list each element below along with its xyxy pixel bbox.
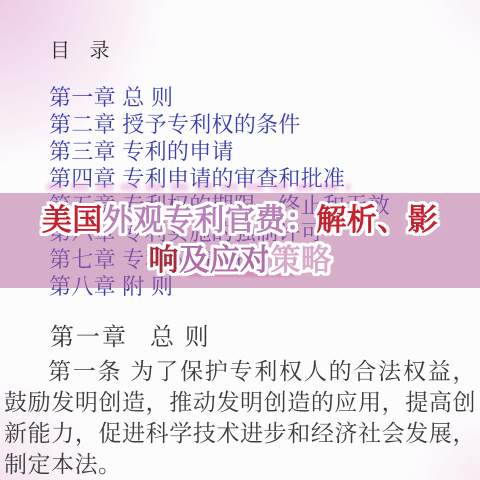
toc-item-chapter-3[interactable]: 第三章 专利的申请 <box>49 138 449 165</box>
section-heading: 第一章总 则 <box>50 317 211 352</box>
section-chapter-number: 第一章 <box>50 324 128 351</box>
title-segment: 外观专利官费： <box>103 204 317 237</box>
title-segment: 美国 <box>42 204 103 237</box>
section-chapter-title: 总 则 <box>150 324 211 351</box>
toc-heading: 目 录 <box>50 34 117 63</box>
overlay-title-line1: 美国外观专利官费：解析、影 <box>0 201 480 241</box>
article-1-paragraph: 第一条 为了保护专利权人的合法权益，鼓励发明创造，推动发明创造的应用，提高创新能… <box>4 356 476 480</box>
title-segment: 解析、影 <box>316 204 438 237</box>
document-page: 目 录 第一章 总 则 第二章 授予专利权的条件 第三章 专利的申请 第四章 专… <box>0 0 480 480</box>
overlay-title-line2: 响及应对策略 <box>0 241 480 281</box>
toc-item-chapter-1[interactable]: 第一章 总 则 <box>49 84 449 111</box>
title-segment: 及应对 <box>179 244 271 277</box>
title-segment: 响 <box>149 244 180 277</box>
title-segment: 策略 <box>271 244 332 277</box>
artifact-ghost-text-row <box>46 183 351 191</box>
overlay-title: 美国外观专利官费：解析、影 响及应对策略 <box>0 201 480 281</box>
toc-item-chapter-2[interactable]: 第二章 授予专利权的条件 <box>49 111 449 138</box>
